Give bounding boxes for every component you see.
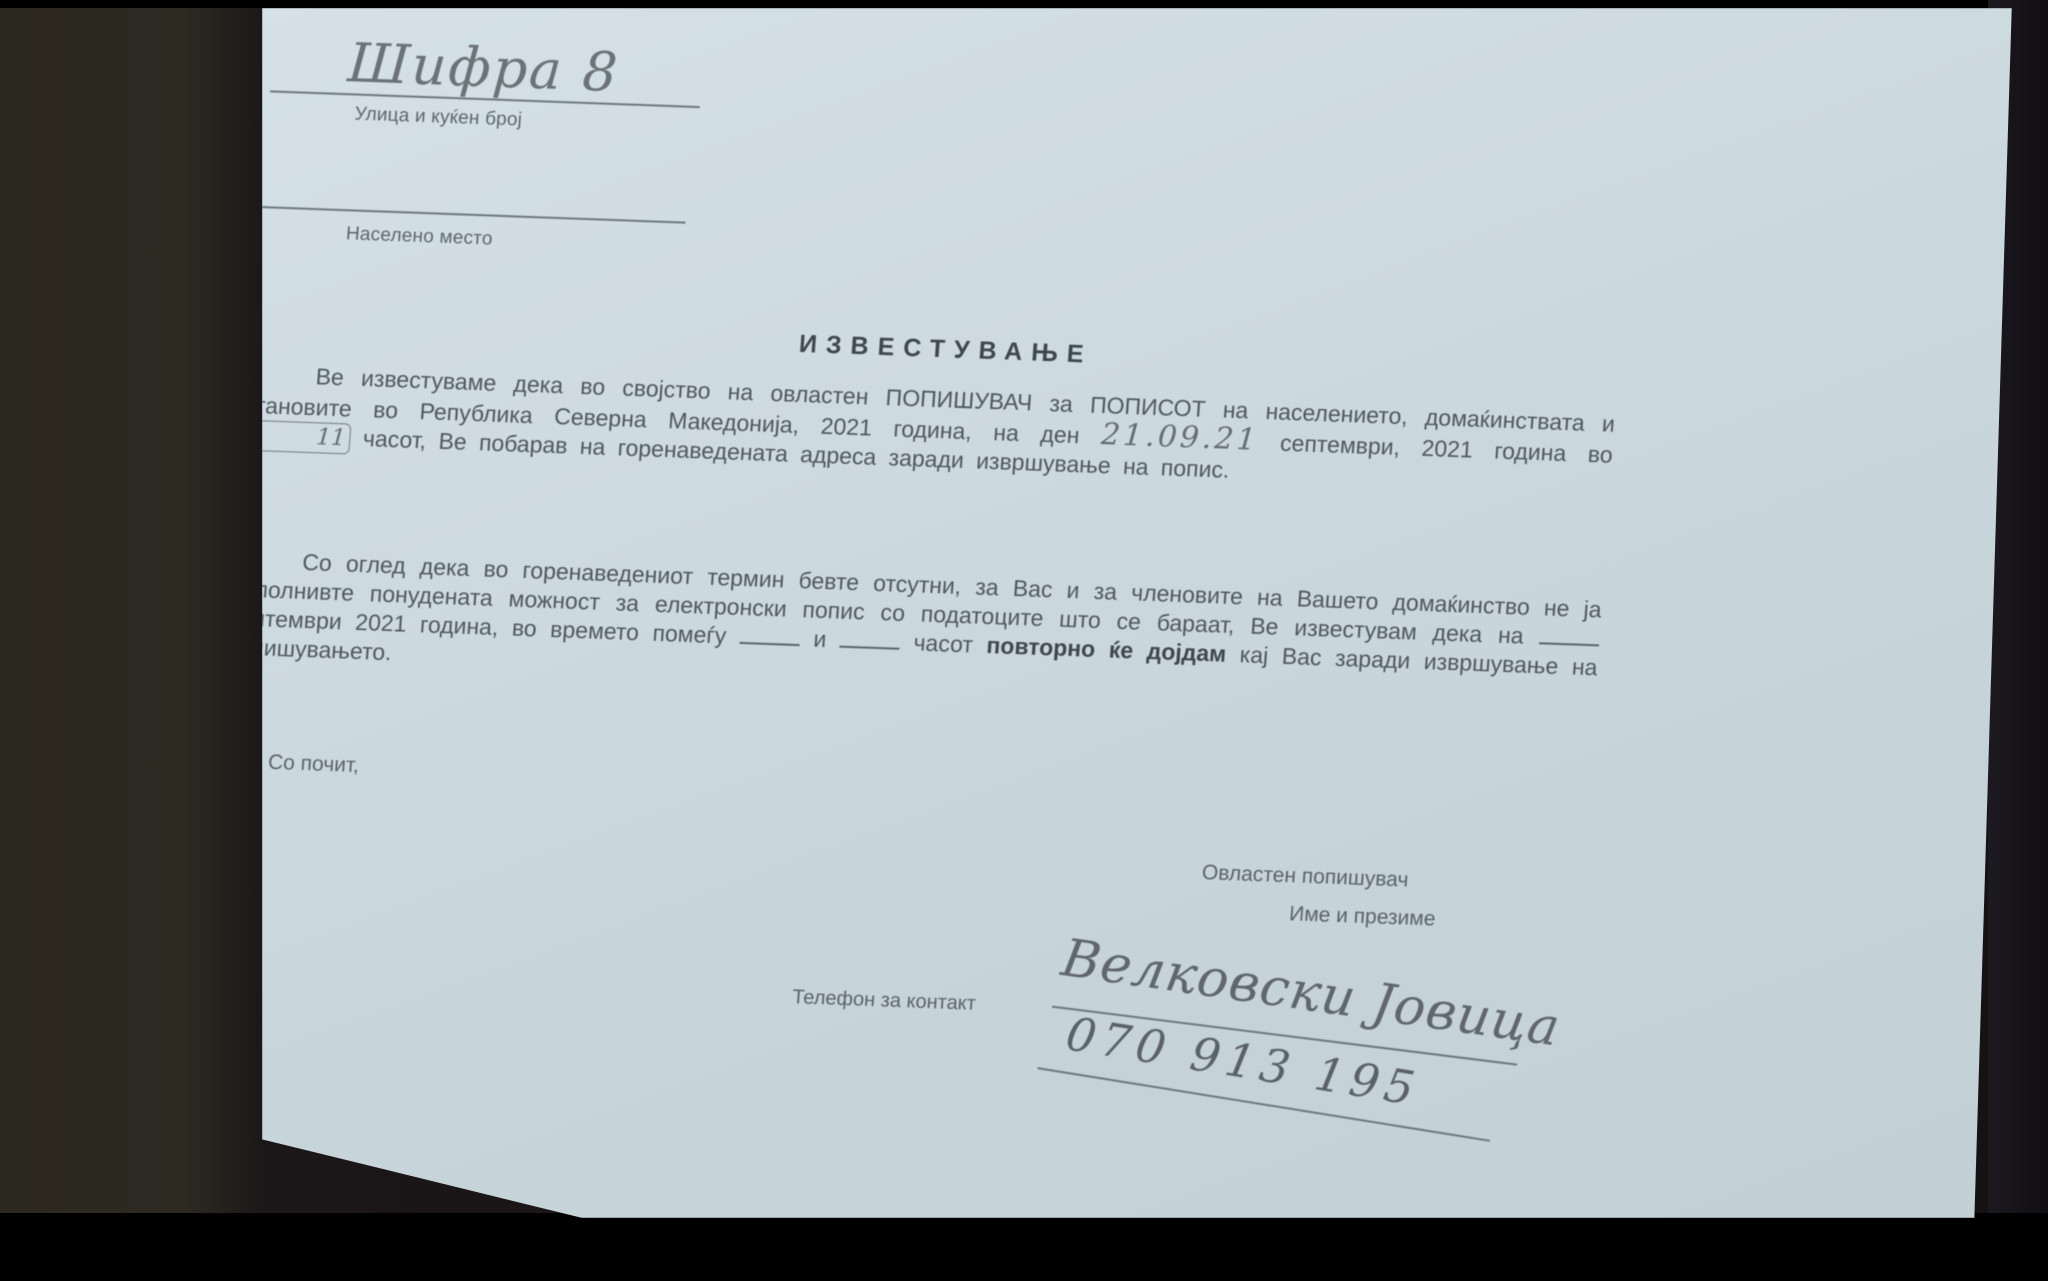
notice-paragraph-2: Со оглед дека во горенаведениот термин б… xyxy=(225,545,1602,711)
contact-phone-label: Телефон за контакт xyxy=(791,986,976,1016)
street-field-caption: Улица и куќен број xyxy=(354,103,523,131)
paragraph-2-text-and: и xyxy=(813,626,828,652)
place-field-caption: Населено место xyxy=(345,223,493,250)
visit-date-handwritten: 21.09.21 xyxy=(1100,417,1260,458)
photo-background: Шифра 8 Улица и куќен број Населено мест… xyxy=(0,0,2048,1213)
closing-salutation: Со почит, xyxy=(267,751,360,778)
paragraph-1-text-mid: септември, 2021 година во xyxy=(1279,430,1613,468)
return-hour-from-blank xyxy=(739,642,799,646)
paragraph-2-bold-phrase: повторно ќе дојдам xyxy=(986,632,1227,667)
place-field-line xyxy=(256,206,686,224)
signer-name-caption: Име и презиме xyxy=(1288,902,1436,931)
document-title: ИЗВЕСТУВАЊЕ xyxy=(798,330,1094,370)
top-black-bar xyxy=(0,0,2048,8)
notice-paragraph-1: Ве известуваме дека во својство на овлас… xyxy=(240,360,1616,501)
sheet-content: Шифра 8 Улица и куќен број Населено мест… xyxy=(175,8,2040,1213)
visit-hour-handwritten: 11 xyxy=(240,420,351,455)
census-notice-sheet: Шифра 8 Улица и куќен број Населено мест… xyxy=(262,8,2042,1213)
return-hour-to-blank xyxy=(839,646,899,650)
return-day-blank xyxy=(1539,642,1599,646)
signer-role-label: Овластен попишувач xyxy=(1201,861,1409,893)
paragraph-2-text-hours: часот xyxy=(913,629,974,657)
street-field-handwritten-value: Шифра 8 xyxy=(346,31,621,104)
